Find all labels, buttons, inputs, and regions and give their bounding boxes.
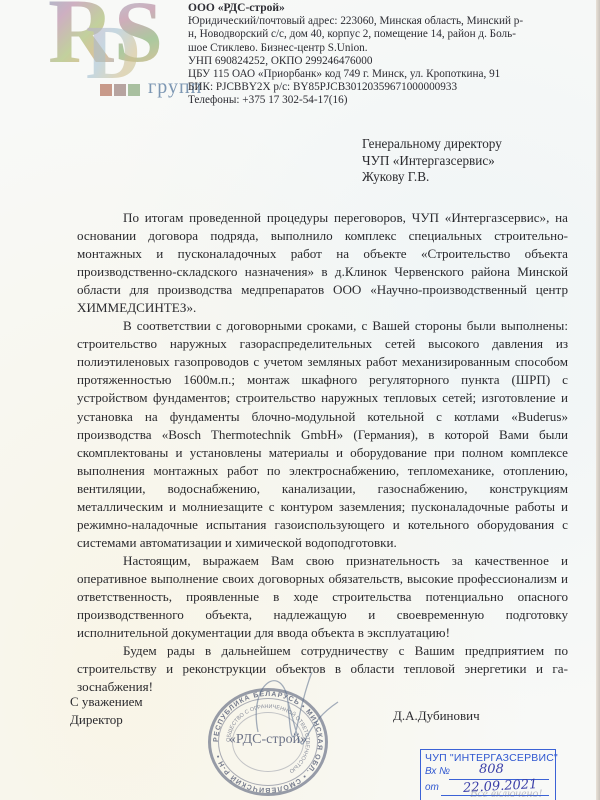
logo-square (128, 84, 140, 96)
stamp-number-value: 808 (479, 762, 504, 777)
requisite-line: Телефоны: +375 17 302-54-17(16) (188, 94, 548, 107)
letter-body: По итогам проведенной процедуры перегово… (77, 209, 568, 696)
requisite-line: БИК: PJCBBY2X р/с: BY85PJCB3012035967100… (188, 81, 548, 94)
requisite-line: шое Стиклево. Бизнес-центр S.Union. (188, 42, 548, 55)
closing-position: Директор (70, 711, 143, 729)
company-name: ООО «РДС-строй» (188, 2, 548, 15)
page-edge (596, 0, 600, 800)
body-paragraph: По итогам проведенной процедуры перегово… (77, 209, 568, 317)
signature-icon (228, 662, 348, 782)
requisite-line: ЦБУ 115 ОАО «Приорбанк» код 749 г. Минск… (188, 68, 548, 81)
logo-squares (100, 84, 140, 96)
closing-block: С уважением Директор (70, 693, 143, 728)
requisite-line: Юридический/почтовый адрес: 223060, Минс… (188, 15, 548, 28)
stamp-number-label: Вх № (425, 766, 450, 777)
closing-regards: С уважением (70, 693, 143, 711)
letter-page: R S D групп ООО «РДС-строй» Юридический/… (0, 0, 600, 800)
company-logo: R S D групп (48, 0, 183, 100)
addressee-organization: ЧУП «Интергазсервис» (362, 153, 502, 170)
logo-square (100, 84, 112, 96)
stamp-date-label: от (425, 782, 439, 793)
signer-name: Д.А.Дубинович (393, 708, 480, 724)
body-paragraph: В соответствии с договорными сроками, с … (77, 317, 568, 552)
body-paragraph: Настоящим, выражаем Вам свою признательн… (77, 552, 568, 642)
company-requisites: ООО «РДС-строй» Юридический/почтовый адр… (188, 2, 548, 108)
requisite-line: н, Новодворский с/с, дом 40, корпус 2, п… (188, 28, 548, 41)
addressee-name: Жукову Г.В. (362, 169, 502, 186)
addressee-position: Генеральному директору (362, 136, 502, 153)
requisite-line: УНП 690824252, ОКПО 299246476000 (188, 55, 548, 68)
logo-square (114, 84, 126, 96)
addressee-block: Генеральному директору ЧУП «Интергазсерв… (362, 136, 502, 186)
faded-note: Все включено! (470, 786, 542, 800)
